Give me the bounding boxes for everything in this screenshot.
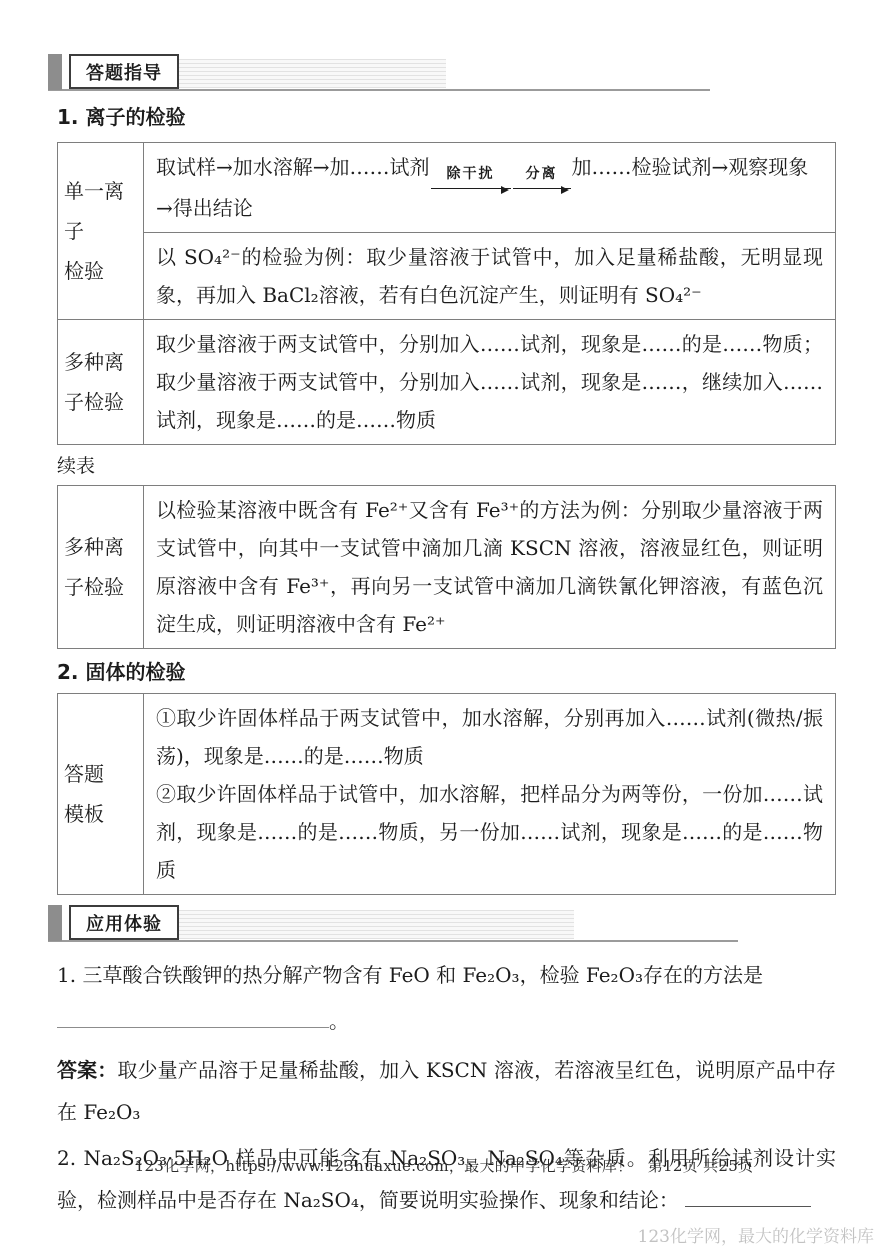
- section-header-answer-guide: 答题指导: [48, 54, 836, 92]
- section-title-box: 答题指导: [69, 54, 179, 89]
- arrow-shaft: [431, 182, 511, 189]
- answer-text: 取少量产品溶于足量稀盐酸，加入 KSCN 溶液，若溶液呈红色，说明原产品中存在 …: [57, 1058, 836, 1124]
- header-side-bar: [48, 905, 62, 941]
- table-row: 单一离子 检验 取试样→加水溶解→加……试剂除干扰分离加……检验试剂→观察现象 …: [58, 143, 836, 233]
- row-label-single-ion: 单一离子 检验: [58, 143, 144, 320]
- answer-paragraph: 答案：取少量产品溶于足量稀盐酸，加入 KSCN 溶液，若溶液呈红色，说明原产品中…: [57, 1049, 836, 1133]
- labeled-arrow-remove-interference: 除干扰: [431, 166, 511, 189]
- header-rule: [48, 940, 738, 942]
- answer-blank-row: 。: [57, 1009, 836, 1033]
- watermark-text: 123化学网，最大的化学资料库: [638, 1222, 874, 1247]
- row-label-multi-ion: 多种离 子检验: [58, 486, 144, 649]
- multi-ion-example-cell: 以检验某溶液中既含有 Fe²⁺又含有 Fe³⁺的方法为例：分别取少量溶液于两支试…: [144, 486, 836, 649]
- single-ion-flow-cell: 取试样→加水溶解→加……试剂除干扰分离加……检验试剂→观察现象 →得出结论: [144, 143, 836, 233]
- section-title: 答题指导: [86, 59, 162, 85]
- header-rule: [48, 89, 710, 91]
- continued-table-label: 续表: [57, 453, 836, 479]
- single-ion-example-cell: 以 SO₄²⁻的检验为例：取少量溶液于试管中，加入足量稀盐酸，无明显现象，再加入…: [144, 233, 836, 320]
- section-title: 应用体验: [86, 910, 162, 936]
- template-item-1: ①取少许固体样品于两支试管中，加水溶解，分别再加入……试剂(微热/振荡)，现象是…: [156, 699, 823, 775]
- heading-ion-test: 1. 离子的检验: [57, 104, 836, 130]
- multi-ion-cell: 取少量溶液于两支试管中，分别加入……试剂，现象是……的是……物质；取少量溶液于两…: [144, 320, 836, 445]
- row-label-multi-ion: 多种离 子检验: [58, 320, 144, 445]
- arrow-label: 分离: [513, 166, 571, 182]
- blank-period: 。: [329, 1009, 349, 1033]
- row-label-answer-template: 答题 模板: [58, 694, 144, 895]
- document-page: 答题指导 1. 离子的检验 单一离子 检验 取试样→加水溶解→加……试剂除干扰分…: [57, 0, 836, 1221]
- table-row: 多种离 子检验 以检验某溶液中既含有 Fe²⁺又含有 Fe³⁺的方法为例：分别取…: [58, 486, 836, 649]
- question-1: 1. 三草酸合铁酸钾的热分解产物含有 FeO 和 Fe₂O₃，检验 Fe₂O₃存…: [57, 959, 836, 991]
- ion-test-table: 单一离子 检验 取试样→加水溶解→加……试剂除干扰分离加……检验试剂→观察现象 …: [57, 142, 836, 445]
- section-title-box: 应用体验: [69, 905, 179, 940]
- heading-solid-test: 2. 固体的检验: [57, 659, 836, 685]
- table-row: 答题 模板 ①取少许固体样品于两支试管中，加水溶解，分别再加入……试剂(微热/振…: [58, 694, 836, 895]
- flow-pre: 取试样→加水溶解→加……试剂: [156, 155, 430, 179]
- answer-blank-line: [57, 1025, 329, 1028]
- template-item-2: ②取少许固体样品于试管中，加水溶解，把样品分为两等份，一份加……试剂，现象是………: [156, 775, 823, 889]
- flow-line: 取试样→加水溶解→加……试剂除干扰分离加……检验试剂→观察现象: [156, 148, 823, 189]
- section-header-apply-experience: 应用体验: [48, 905, 836, 943]
- table-row: 多种离 子检验 取少量溶液于两支试管中，分别加入……试剂，现象是……的是……物质…: [58, 320, 836, 445]
- labeled-arrow-separate: 分离: [513, 166, 571, 189]
- header-side-bar: [48, 54, 62, 90]
- table-row: 以 SO₄²⁻的检验为例：取少量溶液于试管中，加入足量稀盐酸，无明显现象，再加入…: [58, 233, 836, 320]
- arrow-label: 除干扰: [431, 166, 511, 182]
- question-2: 2. Na₂S₂O₃·5H₂O 样品中可能含有 Na₂SO₃、Na₂SO₄等杂质…: [57, 1137, 836, 1221]
- page-footer: 123化学网，https://www.123huaxue.com，最大的中学化学…: [0, 1155, 888, 1176]
- question-2-blank-line: [685, 1204, 811, 1207]
- arrow-shaft: [513, 182, 571, 189]
- flow-post: 加……检验试剂→观察现象: [572, 155, 809, 179]
- ion-test-table-continued: 多种离 子检验 以检验某溶液中既含有 Fe²⁺又含有 Fe³⁺的方法为例：分别取…: [57, 485, 836, 649]
- answer-template-table: 答题 模板 ①取少许固体样品于两支试管中，加水溶解，分别再加入……试剂(微热/振…: [57, 693, 836, 895]
- answer-label: 答案：: [57, 1058, 117, 1082]
- flow-line2: →得出结论: [156, 189, 823, 227]
- answer-template-cell: ①取少许固体样品于两支试管中，加水溶解，分别再加入……试剂(微热/振荡)，现象是…: [144, 694, 836, 895]
